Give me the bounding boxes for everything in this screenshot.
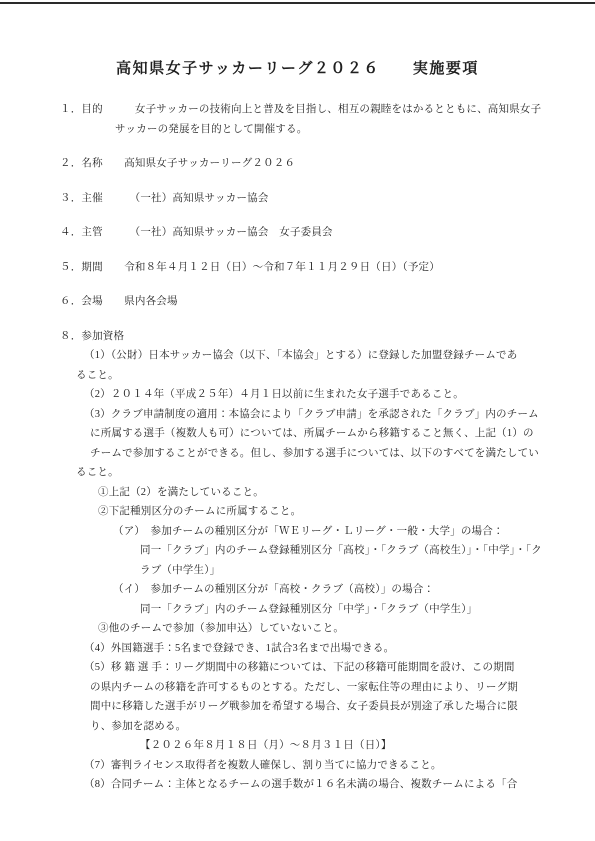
document-line: （4）外国籍選手：5名まで登録でき、1試合3名まで出場できる。 (0, 639, 595, 659)
document-line: （5）移 籍 選 手：リーグ期間中の移籍については、下記の移籍可能期間を設け、こ… (0, 658, 595, 678)
document-line: （8）合同チーム：主体となるチームの選手数が１６名未満の場合、複数チームによる「… (0, 775, 595, 795)
document-line: （2）２０１４年（平成２５年）４月１日以前に生まれた女子選手であること。 (0, 385, 595, 405)
document-line: ③他のチームで参加（参加申込）していないこと。 (0, 619, 595, 639)
document-line: の県内チームの移籍を許可するものとする。ただし、一家転住等の理由により、リーグ期 (0, 678, 595, 698)
document-line: ４．主管 （一社）高知県サッカー協会 女子委員会 (0, 223, 595, 243)
document-line: ること。 (0, 463, 595, 483)
document-line: ３．主催 （一社）高知県サッカー協会 (0, 189, 595, 209)
document-line: ２．名称 高知県女子サッカーリーグ２０２６ (0, 154, 595, 174)
document-line: ８．参加資格 (0, 327, 595, 347)
document-line: サッカーの発展を目的として開催する。 (0, 120, 595, 140)
document-line: （イ） 参加チームの種別区分が「高校・クラブ（高校）」の場合： (0, 580, 595, 600)
document-line: （ア） 参加チームの種別区分が「ＷＥリーグ・Ｌリーグ・一般・大学」の場合： (0, 522, 595, 542)
document-line: 【２０２６年８月１８日（月）～８月３１日（日）】 (0, 736, 595, 756)
document-line: ６．会場 県内各会場 (0, 292, 595, 312)
document-line: に所属する選手（複数人も可）については、所属チームから移籍すること無く、上記（1… (0, 424, 595, 444)
document-page: 高知県女子サッカーリーグ２０２６ 実施要項 １．目的 女子サッカーの技術向上と普… (0, 0, 595, 841)
document-line: 同一「クラブ」内のチーム登録種別区分「高校」・「クラブ（高校生）」・「中学」・「… (0, 541, 595, 561)
document-line: ①上記（2）を満たしていること。 (0, 483, 595, 503)
document-line: り、参加を認める。 (0, 717, 595, 737)
document-line: 間中に移籍した選手がリーグ戦参加を希望する場合、女子委員長が別途了承した場合に限 (0, 697, 595, 717)
document-line: （7）審判ライセンス取得者を複数人確保し、割り当てに協力できること。 (0, 756, 595, 776)
document-line: ること。 (0, 366, 595, 386)
document-line: ラブ（中学生）」 (0, 561, 595, 581)
document-line: １．目的 女子サッカーの技術向上と普及を目指し、相互の親睦をはかるとともに、高知… (0, 100, 595, 120)
page-top-rule (0, 2, 595, 4)
document-line: 同一「クラブ」内のチーム登録種別区分「中学」・「クラブ（中学生）」 (0, 600, 595, 620)
document-line: チームで参加することができる。但し、参加する選手については、以下のすべてを満たし… (0, 444, 595, 464)
document-body: １．目的 女子サッカーの技術向上と普及を目指し、相互の親睦をはかるとともに、高知… (0, 100, 595, 795)
document-line: （3）クラブ申請制度の適用：本協会により「クラブ申請」を承認された「クラブ」内の… (0, 405, 595, 425)
document-line: ５．期間 令和８年４月１２日（日）～令和７年１１月２９日（日）（予定） (0, 258, 595, 278)
document-line: （1）（公財）日本サッカー協会（以下、「本協会」とする）に登録した加盟登録チーム… (0, 346, 595, 366)
document-line: ②下記種別区分のチームに所属すること。 (0, 502, 595, 522)
document-title: 高知県女子サッカーリーグ２０２６ 実施要項 (0, 58, 595, 80)
